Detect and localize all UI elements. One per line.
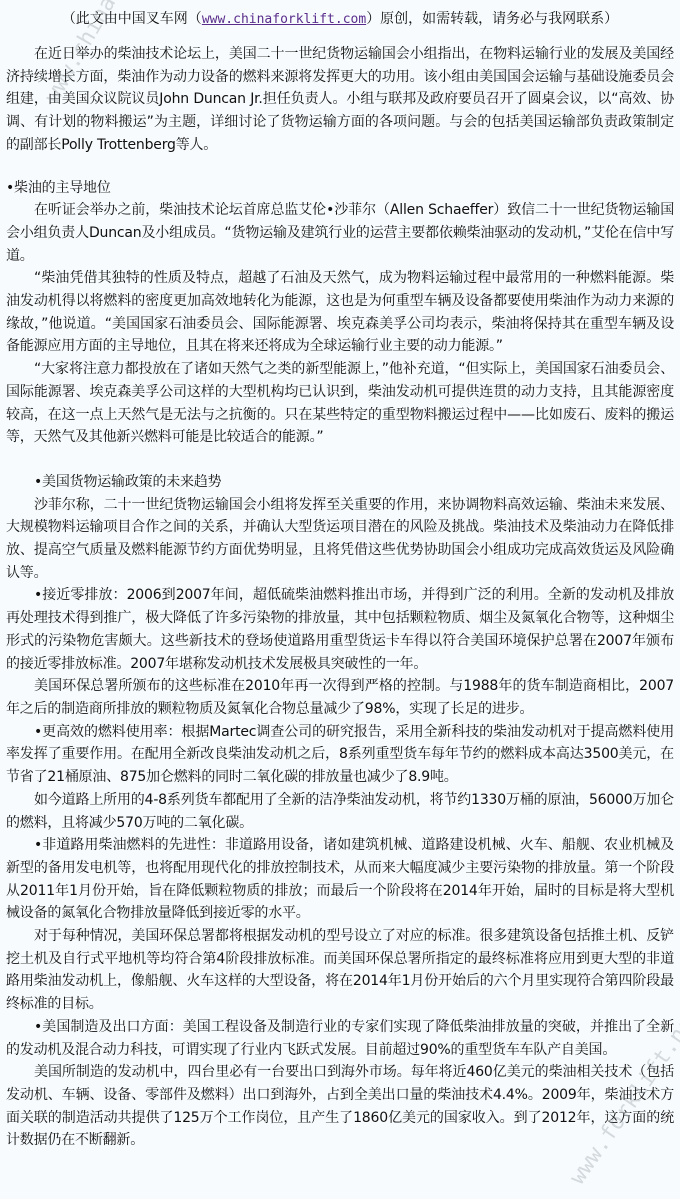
section-heading-diesel-dominance: •柴油的主导地位 bbox=[6, 177, 674, 200]
paragraph: •非道路用柴油燃料的先进性：非道路用设备，诸如建筑机械、道路建设机械、火车、船舰… bbox=[6, 834, 674, 925]
section-heading-policy-trends: •美国货物运输政策的未来趋势 bbox=[6, 471, 674, 494]
paragraph: 沙菲尔称，二十一世纪货物运输国会小组将发挥至关重要的作用，来协调物料高效运输、柴… bbox=[6, 494, 674, 585]
paragraph: •美国制造及出口方面：美国工程设备及制造行业的专家们实现了降低柴油排放量的突破，… bbox=[6, 1016, 674, 1061]
paragraph: •更高效的燃料使用率：根据Martec调查公司的研究报告，采用全新科技的柴油发动… bbox=[6, 721, 674, 789]
intro-paragraph: 在近日举办的柴油技术论坛上，美国二十一世纪货物运输国会小组指出，在物料运输行业的… bbox=[6, 43, 674, 157]
paragraph: 在听证会举办之前，柴油技术论坛首席总监艾伦•沙菲尔（Allen Schaeffe… bbox=[6, 199, 674, 267]
paragraph: •接近零排放：2006到2007年间，超低硫柴油燃料推出市场，并得到广泛的利用。… bbox=[6, 584, 674, 675]
source-note-suffix: ）原创，如需转载，请务必与我网联系） bbox=[366, 11, 618, 27]
paragraph: 对于每种情况，美国环保总署都将根据发动机的型号设立了对应的标准。很多建筑设备包括… bbox=[6, 925, 674, 1016]
article: （此文由中国叉车网（www.chinaforklift.com）原创，如需转载，… bbox=[6, 8, 674, 1152]
paragraph: “柴油凭借其独特的性质及特点，超越了石油及天然气，成为物料运输过程中最常用的一种… bbox=[6, 267, 674, 358]
source-link[interactable]: www.chinaforklift.com bbox=[202, 12, 366, 27]
paragraph: 美国环保总署所颁布的这些标准在2010年再一次得到严格的控制。与1988年的货车… bbox=[6, 675, 674, 720]
paragraph: 如今道路上所用的4-8系列货车都配用了全新的洁净柴油发动机，将节约1330万桶的… bbox=[6, 789, 674, 834]
source-note-prefix: （此文由中国叉车网（ bbox=[62, 11, 202, 27]
paragraph: 美国所制造的发动机中，四台里必有一台要出口到海外市场。每年将近460亿美元的柴油… bbox=[6, 1061, 674, 1152]
source-note: （此文由中国叉车网（www.chinaforklift.com）原创，如需转载，… bbox=[6, 8, 674, 30]
paragraph: “大家将注意力都投放在了诸如天然气之类的新型能源上，”他补充道，“但实际上，美国… bbox=[6, 358, 674, 449]
